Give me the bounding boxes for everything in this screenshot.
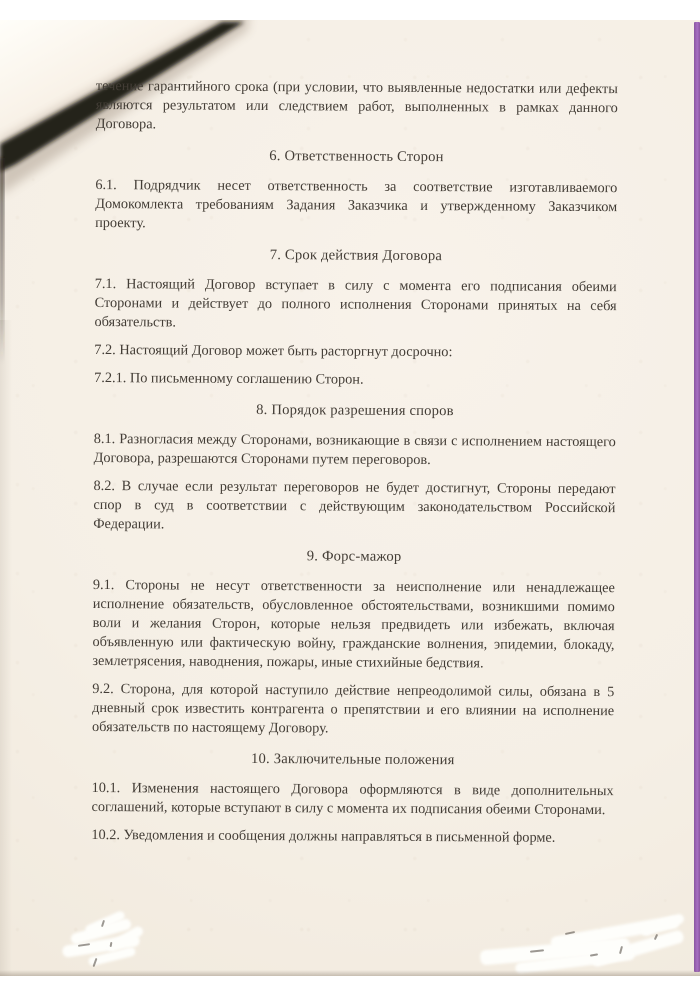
contract-paragraph: 7.1. Настоящий Договор вступает в силу с… [94, 275, 616, 335]
contract-paragraph: 10.2. Уведомления и сообщения должны нап… [91, 826, 613, 848]
contract-sections: 6. Ответственность Сторон6.1. Подрядчик … [91, 146, 617, 848]
contract-paragraph: 9.2. Сторона, для которой наступило дейс… [92, 680, 614, 740]
contract-paragraph: 10.1. Изменения настоящего Договора офор… [91, 779, 613, 820]
contract-text: течение гарантийного срока (при условии,… [91, 77, 618, 857]
contract-paragraph: 7.2.1. По письменному соглашению Сторон. [94, 369, 616, 391]
section-heading: 6. Ответственность Сторон [95, 146, 617, 168]
contract-paragraph: 8.1. Разногласия между Сторонами, возник… [94, 430, 616, 471]
section-heading: 10. Заключительные положения [92, 749, 614, 771]
contract-paragraph: 9.1. Стороны не несут ответственности за… [92, 576, 615, 674]
whiteout-signature-left [50, 918, 160, 974]
contract-paragraph: 8.2. В случае если результат переговоров… [93, 477, 615, 537]
scan-frame: течение гарантийного срока (при условии,… [0, 0, 700, 991]
section-heading: 9. Форс-мажор [93, 546, 615, 568]
paragraph-continuation: течение гарантийного срока (при условии,… [96, 77, 618, 137]
contract-paragraph: 7.2. Настоящий Договор может быть растор… [94, 341, 616, 363]
page-bottom-shadow [0, 970, 700, 976]
binder-stripe [694, 22, 700, 972]
section-heading: 7. Срок действия Договора [95, 245, 617, 267]
document-page: течение гарантийного срока (при условии,… [0, 20, 700, 976]
section-heading: 8. Порядок разрешения споров [94, 400, 616, 422]
contract-paragraph: 6.1. Подрядчик несет ответственность за … [95, 176, 617, 236]
paper-edge-shading [0, 320, 12, 976]
